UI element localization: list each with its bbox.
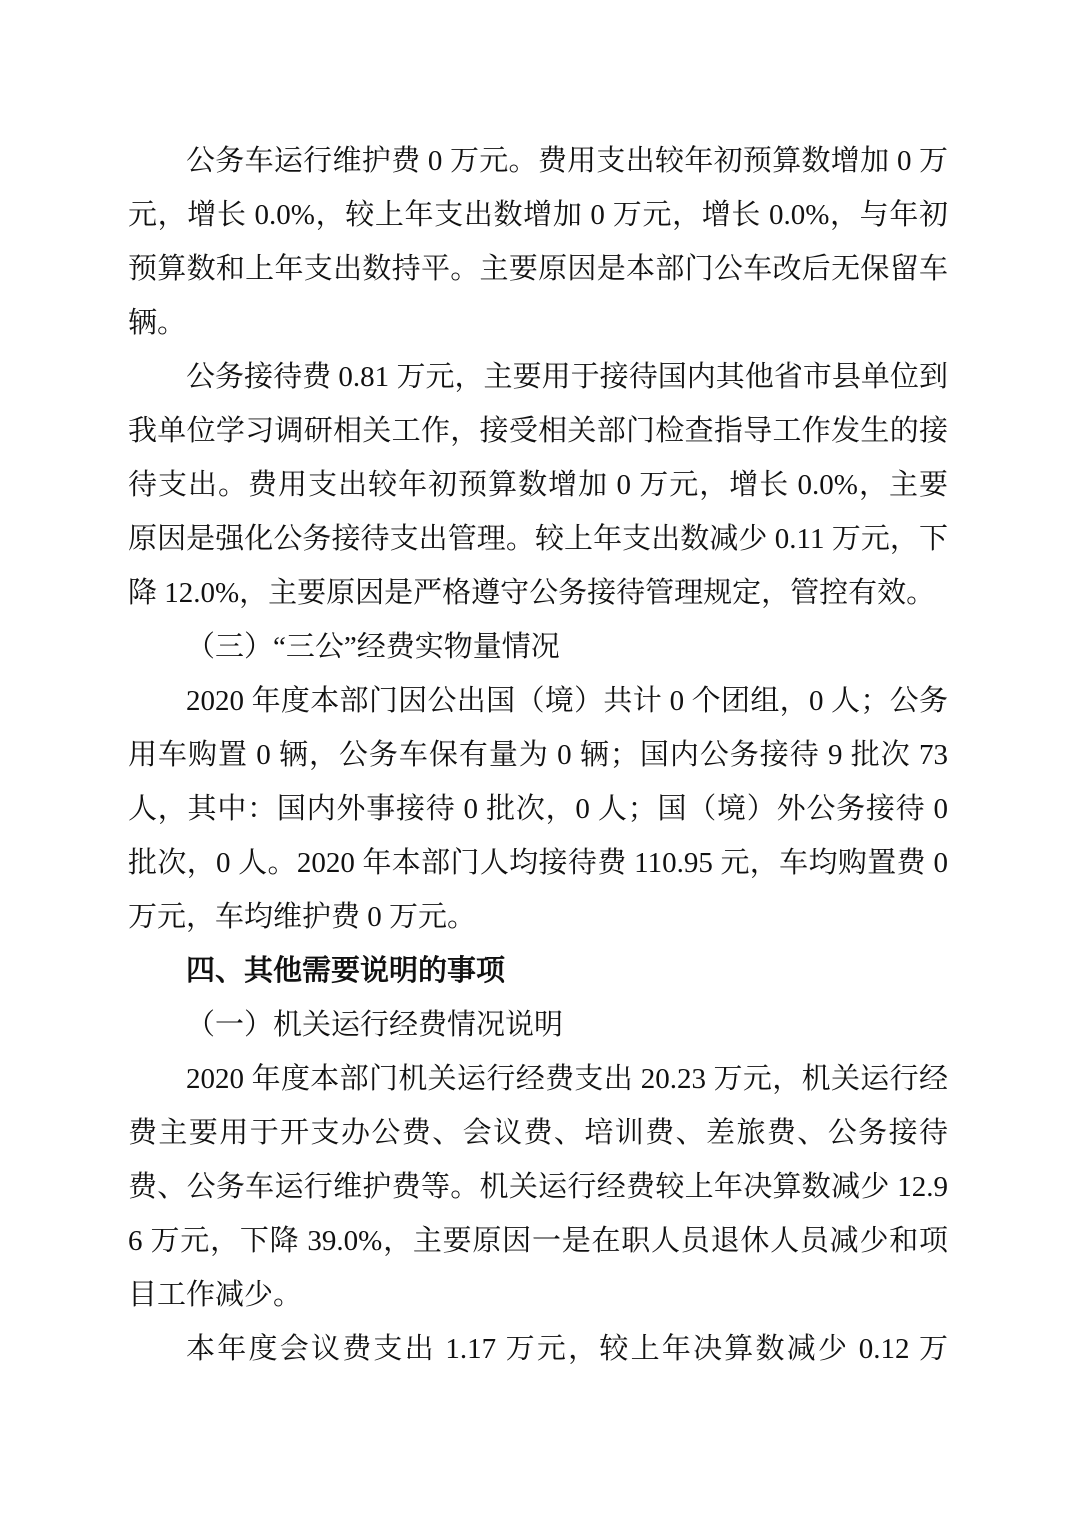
paragraph-official-reception-fee: 公务接待费 0.81 万元，主要用于接待国内其他省市县单位到我单位学习调研相关工…	[128, 350, 948, 620]
document-page: 公务车运行维护费 0 万元。费用支出较年初预算数增加 0 万元，增长 0.0%，…	[0, 0, 1074, 1520]
paragraph-quantities-detail: 2020 年度本部门因公出国（境）共计 0 个团组，0 人；公务用车购置 0 辆…	[128, 674, 948, 944]
heading-other-matters: 四、其他需要说明的事项	[128, 944, 948, 998]
subheading-agency-operating-expenses: （一）机关运行经费情况说明	[128, 998, 948, 1052]
paragraph-operating-expenses-detail: 2020 年度本部门机关运行经费支出 20.23 万元，机关运行经费主要用于开支…	[128, 1052, 948, 1322]
paragraph-vehicle-maintenance-fee: 公务车运行维护费 0 万元。费用支出较年初预算数增加 0 万元，增长 0.0%，…	[128, 134, 948, 350]
document-content: 公务车运行维护费 0 万元。费用支出较年初预算数增加 0 万元，增长 0.0%，…	[128, 134, 948, 1376]
subheading-three-public-funds-quantities: （三）“三公”经费实物量情况	[128, 620, 948, 674]
paragraph-meeting-expenses: 本年度会议费支出 1.17 万元，较上年决算数减少 0.12 万	[128, 1322, 948, 1376]
